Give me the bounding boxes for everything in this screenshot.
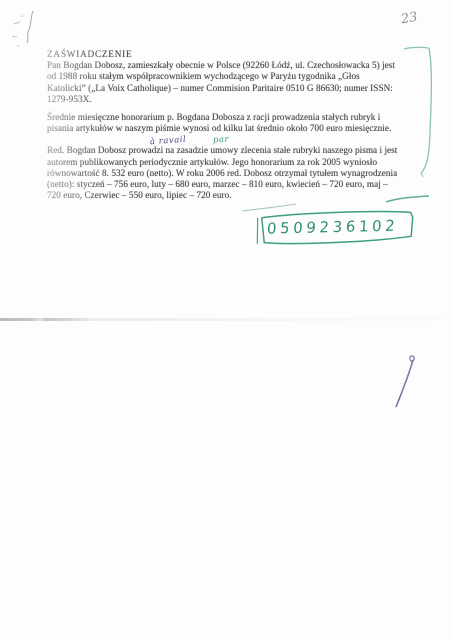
green-dash-stroke	[384, 193, 432, 206]
paragraph-payments: Red. Bogdan Dobosz prowadzi na zasadzie …	[47, 145, 439, 201]
page-number-pencil: 23	[400, 10, 419, 28]
blue-pen-slash	[388, 352, 422, 412]
document-title: ZAŚWIADCZENIE	[47, 49, 439, 60]
scan-artifact-line	[0, 318, 452, 321]
paper-background: 23 ZAŚWIADCZENIE Pan Bogdan Dobosz, zami…	[0, 0, 452, 640]
paragraph-honorarium: Średnie miesięczne honorarium p. Bogdana…	[47, 112, 439, 134]
green-margin-bracket	[398, 42, 452, 207]
handwritten-number-box: 0509236102	[255, 208, 420, 252]
scanned-certificate-page: { "page": { "corner_number": "23" }, "do…	[0, 0, 452, 640]
paragraph-intro: Pan Bogdan Dobosz, zamieszkały obecnie w…	[47, 60, 439, 105]
handwritten-note-green: par	[213, 135, 230, 146]
pencil-scribble-mark	[6, 8, 50, 50]
handwritten-number: 0509236102	[266, 217, 399, 238]
document-text-block: ZAŚWIADCZENIE Pan Bogdan Dobosz, zamiesz…	[47, 49, 439, 201]
